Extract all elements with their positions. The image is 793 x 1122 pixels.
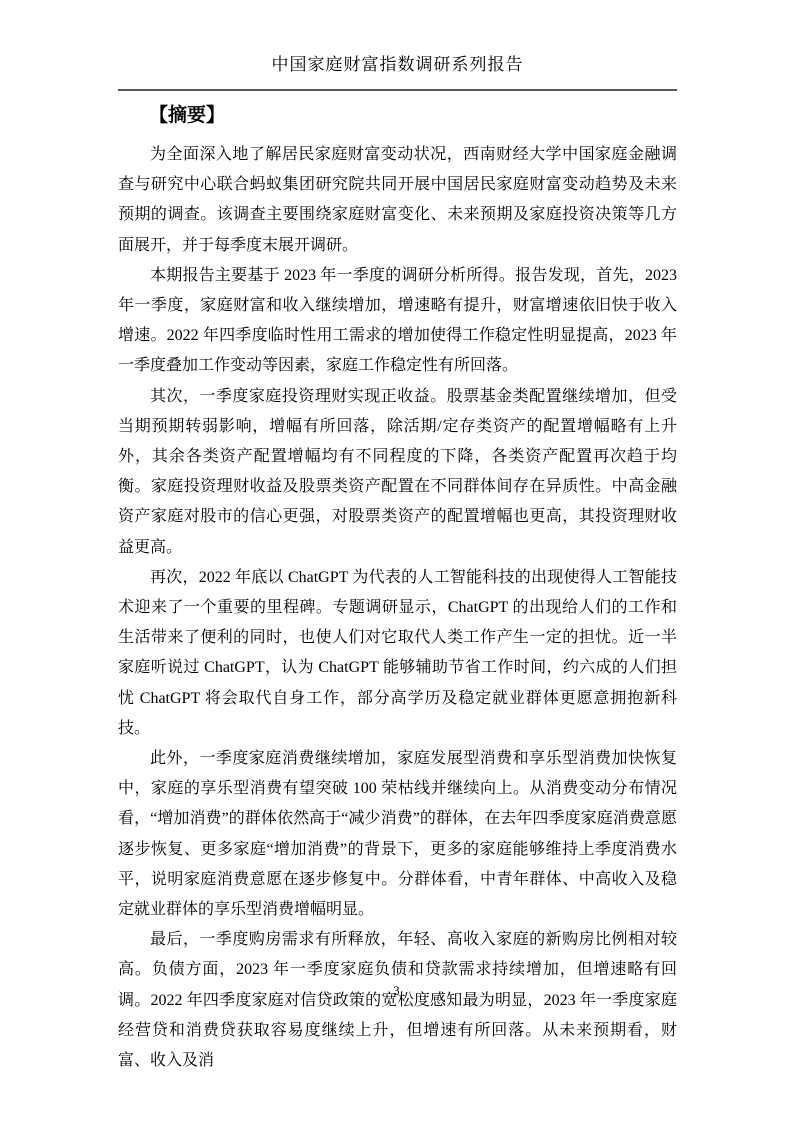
report-series-title: 中国家庭财富指数调研系列报告 [118,52,677,77]
page-number: 3 [0,983,793,999]
page-header: 中国家庭财富指数调研系列报告 [118,0,677,91]
page-content: 中国家庭财富指数调研系列报告 【摘要】 为全面深入地了解居民家庭财富变动状况，西… [118,0,677,1076]
paragraph-consumption: 此外，一季度家庭消费继续增加，家庭发展型消费和享乐型消费加快恢复中，家庭的享乐型… [118,744,677,925]
abstract-heading: 【摘要】 [149,104,677,127]
document-page: 中国家庭财富指数调研系列报告 【摘要】 为全面深入地了解居民家庭财富变动状况，西… [0,0,793,1122]
paragraph-investment: 其次，一季度家庭投资理财实现正收益。股票基金类配置继续增加，但受当期预期转弱影响… [118,382,677,563]
paragraph-chatgpt: 再次，2022 年底以 ChatGPT 为代表的人工智能科技的出现使得人工智能技… [118,563,677,744]
paragraph-wealth-income: 本期报告主要基于 2023 年一季度的调研分析所得。报告发现，首先，2023 年… [118,261,677,382]
paragraph-survey-intro: 为全面深入地了解居民家庭财富变动状况，西南财经大学中国家庭金融调查与研究中心联合… [118,140,677,261]
paragraph-housing-debt: 最后，一季度购房需求有所释放，年轻、高收入家庭的新购房比例相对较高。负债方面，2… [118,925,677,1076]
abstract-body: 为全面深入地了解居民家庭财富变动状况，西南财经大学中国家庭金融调查与研究中心联合… [118,140,677,1076]
